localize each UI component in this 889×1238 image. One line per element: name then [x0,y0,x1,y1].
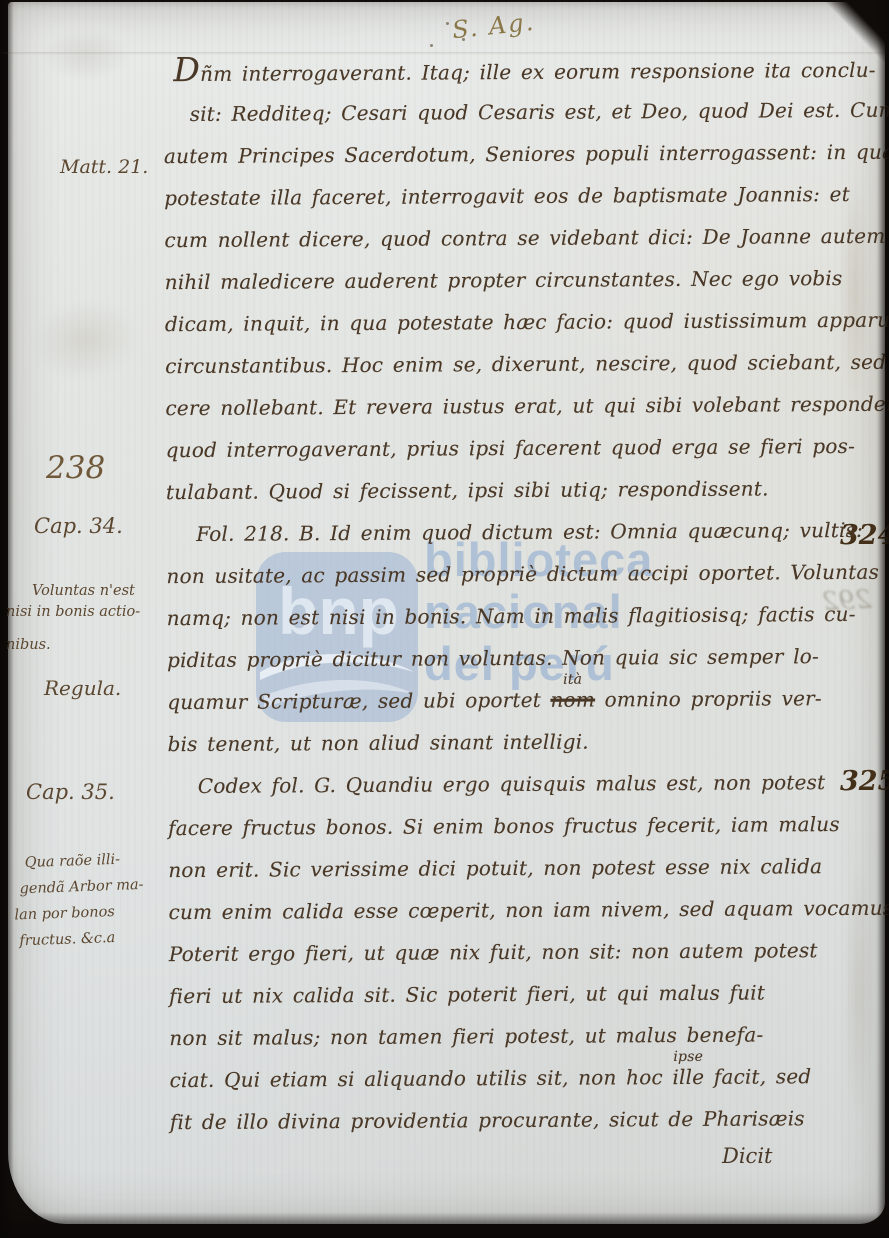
marginal-note-line: nisi in bonis actio- [6,602,140,623]
manuscript-line: circunstantibus. Hoc enim se, dixerunt, … [165,350,889,379]
manuscript-line: quod interrogaverant, prius ipsi faceren… [166,434,855,462]
photo-edge-shadow [877,0,889,1238]
interlinear-correction: ità [563,672,582,688]
page-siglum: S. Ag. [451,8,537,45]
manuscript-line: namq; non est nisi in bonis. Nam in mali… [167,602,856,630]
manuscript-line: potestate illa faceret, interrogavit eos… [164,182,850,210]
marginal-note-line: nibus. [6,635,140,656]
manuscript-line: bis tenent, ut non aliud sinant intellig… [167,730,588,757]
manuscript-line: Dñm interrogaverant. Itaq; ille ex eorum… [173,56,875,86]
manuscript-line: facere fructus bonos. Si enim bonos fruc… [168,812,840,840]
marginal-note-voluntas: Voluntas n'estnisi in bonis actio-nibus. [32,581,140,656]
page-content: S. Ag. Matt. 21. 238 Cap. 34. Voluntas n… [0,0,889,1238]
manuscript-line: Fol. 218. B. Id enim quod dictum est: Om… [196,518,863,546]
manuscript-photo: bnp biblioteca nacional del perú 292 S. … [0,0,889,1238]
marginal-note-line: Voluntas n'est [32,581,140,602]
manuscript-line: quamur Scripturæ, sed ubi oportet itànom… [167,686,822,714]
manuscript-line: non sit malus; non tamen fieri potest, u… [169,1023,763,1051]
marginal-number-238: 238 [46,450,105,486]
manuscript-line: Poterit ergo fieri, ut quæ nix fuit, non… [169,938,818,966]
marginal-note-line: gendã Arbor ma- [19,872,144,902]
body-text: Dñm interrogaverant. Itaq; ille ex eorum… [163,0,869,2]
manuscript-line: non usitate, ac passim sed propriè dictu… [166,560,879,588]
manuscript-line: ciat. Qui etiam si aliquando utilis sit,… [170,1064,812,1092]
marginal-note-regula: Regula. [44,676,121,700]
marginal-note-matthew: Matt. 21. [60,156,148,178]
manuscript-line: autem Principes Sacerdotum, Seniores pop… [164,140,889,168]
manuscript-line: tulabant. Quod si fecissent, ipsi sibi u… [166,476,769,504]
manuscript-line: nihil maledicere auderent propter circun… [165,266,843,294]
photo-edge-shadow [0,0,14,1238]
photo-edge-shadow [0,1212,889,1238]
marginal-note-cap34: Cap. 34. [34,514,123,538]
manuscript-line: sit: Redditeq; Cesari quod Cesaris est, … [190,98,889,126]
marginal-note-line: fructus. &c.a [19,924,146,954]
manuscript-line: cere nollebant. Et revera iustus erat, u… [165,392,889,420]
manuscript-line: cum enim calida esse cœperit, non iam ni… [168,896,889,924]
interlinear-correction: ipse [673,1049,703,1065]
manuscript-line: non erit. Sic verissime dici potuit, non… [168,854,822,882]
manuscript-line: fieri ut nix calida sit. Sic poterit fie… [169,980,765,1008]
manuscript-line: dicam, inquit, in qua potestate hæc faci… [165,308,889,337]
catchword: Dicit [722,1144,772,1168]
manuscript-line: cum nollent dicere, quod contra se videb… [164,224,885,252]
marginal-note-cap35: Cap. 35. [26,780,115,804]
manuscript-line: piditas propriè dicitur non voluntas. No… [167,644,819,672]
manuscript-line: Codex fol. G. Quandiu ergo quisquis malu… [198,770,826,798]
marginal-note-quare: Qua raõe illi-gendã Arbor ma-lan por bon… [24,846,146,954]
manuscript-line: fit de illo divina providentia procurant… [170,1106,805,1134]
